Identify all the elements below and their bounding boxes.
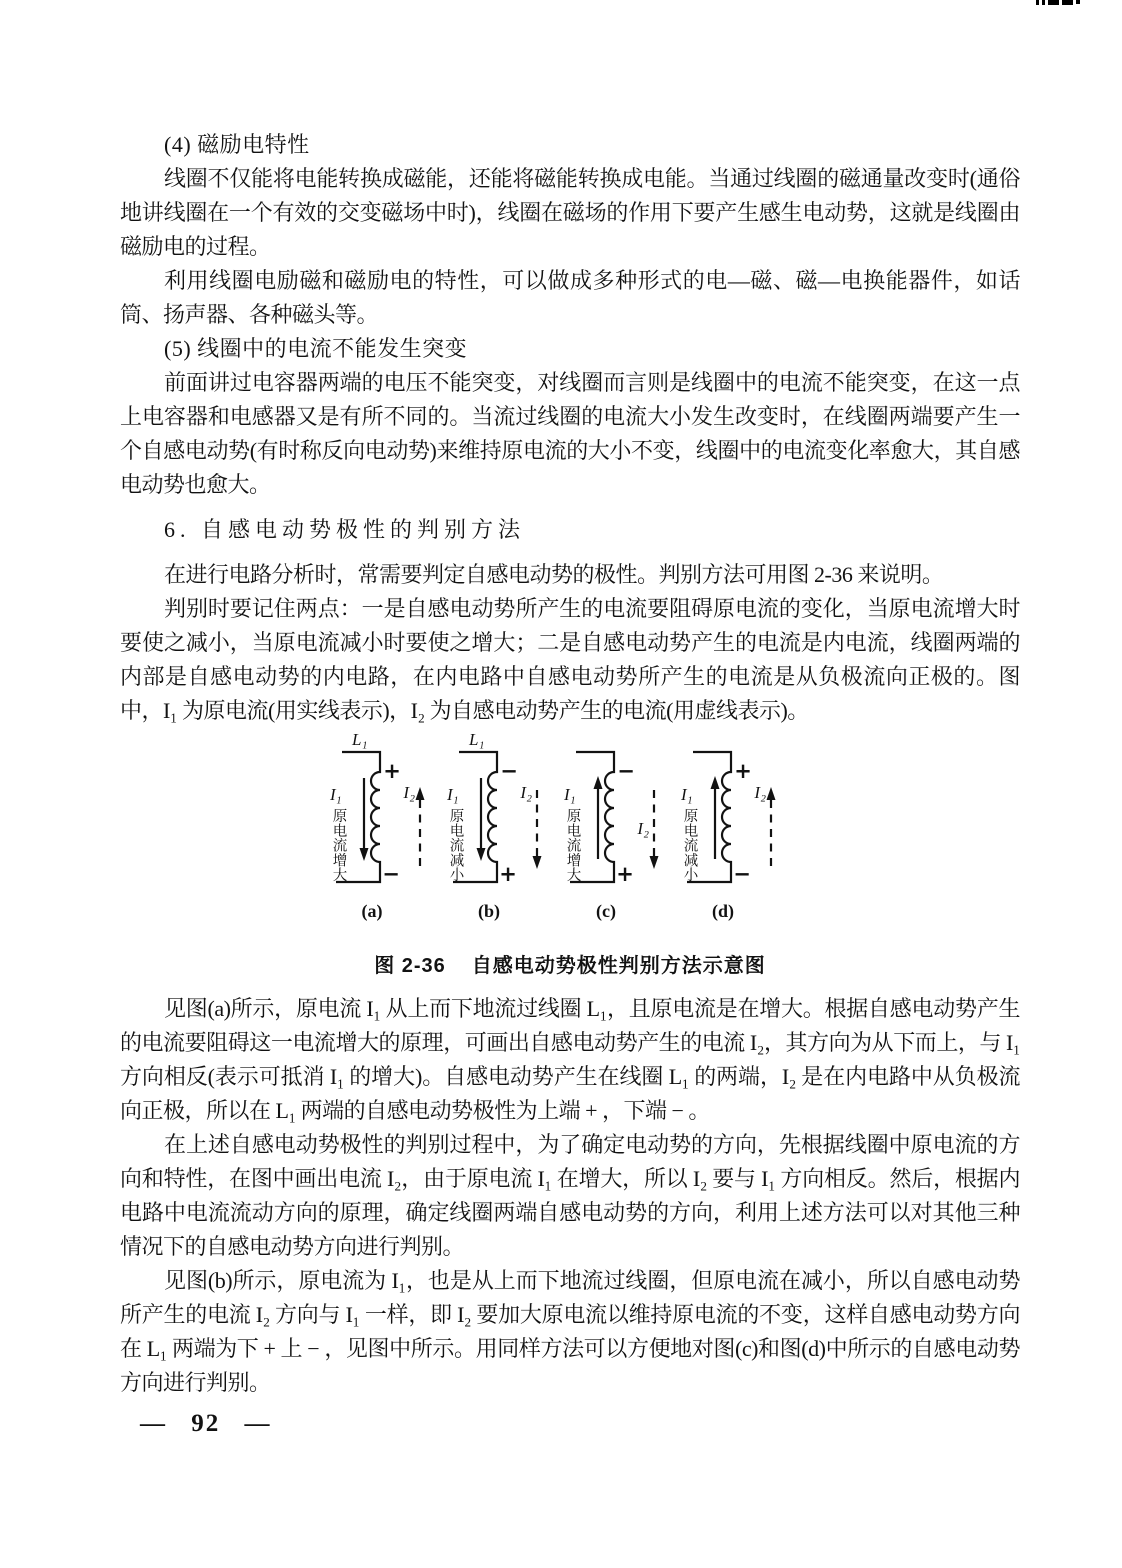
i1-caption-char: 原	[333, 808, 348, 825]
i1-caption-char: 原	[684, 808, 699, 825]
i1-caption-char: 流	[567, 838, 582, 855]
i1-label: I₁	[563, 785, 576, 804]
i2-label: I₂	[402, 783, 415, 802]
subfigure-label: (d)	[712, 901, 734, 922]
i1-caption-char: 大	[567, 867, 582, 884]
figure-caption: 图 2-36自感电动势极性判别方法示意图	[120, 949, 1020, 978]
polarity-top: −	[500, 759, 518, 783]
i1-caption-char: 流	[450, 838, 465, 855]
i1-caption-char: 原	[567, 808, 582, 825]
text-column: (4) 磁励电特性 线圈不仅能将电能转换成磁能，还能将磁能转换成电能。当通过线圈…	[120, 128, 1020, 1438]
subfigure-d: +−I₁原电流减小I₂(d)	[673, 730, 786, 925]
section-heading-6: 6. 自感电动势极性的判别方法	[120, 513, 1020, 547]
i1-caption-char: 增	[567, 852, 582, 869]
i2-label: I₂	[636, 819, 649, 838]
i1-caption-char: 电	[567, 822, 582, 840]
paragraph-current-no-sudden-change: 前面讲过电容器两端的电压不能突变，对线圈而言则是线圈中的电流不能突变，在这一点上…	[120, 366, 1020, 502]
i1-caption-char: 减	[684, 852, 699, 869]
i1-caption-char: 大	[333, 867, 348, 884]
subfigure-c: −+I₁原电流增大I₂(c)	[556, 730, 669, 925]
i1-caption-char: 小	[450, 867, 465, 884]
subfigure-label: (a)	[362, 901, 383, 922]
polarity-bottom: −	[733, 862, 751, 886]
paragraph-transducer-devices: 利用线圈电励磁和磁励电的特性，可以做成多种形式的电—磁、磁—电换能器件，如话筒、…	[120, 264, 1020, 332]
polarity-top: −	[617, 759, 635, 783]
figure-caption-text: 自感电动势极性判别方法示意图	[472, 955, 766, 977]
paragraph-magnetize-to-electric: 线圈不仅能将电能转换成磁能，还能将磁能转换成电能。当通过线圈的磁通量改变时(通俗…	[120, 162, 1020, 264]
i2-label: I₂	[519, 783, 532, 802]
i1-label: I₁	[329, 785, 342, 804]
coil-label: L₁	[351, 730, 367, 749]
paragraph-intro-figure: 在进行电路分析时，常需要判定自感电动势的极性。判别方法可用图 2-36 来说明。	[120, 558, 1020, 592]
i1-caption-char: 增	[333, 852, 348, 869]
i1-caption-char: 流	[333, 838, 348, 855]
subfigure-a: L₁+−I₁原电流增大I₂(a)	[322, 730, 435, 925]
subfigure-b: L₁−+I₁原电流减小I₂(b)	[439, 730, 552, 925]
i1-label: I₁	[446, 785, 459, 804]
subheading-5: (5) 线圈中的电流不能发生突变	[120, 332, 1020, 366]
subfigure-label: (c)	[596, 901, 616, 922]
scan-artifact	[1036, 0, 1080, 5]
page-number: — 92 —	[140, 1410, 1020, 1438]
i1-caption-char: 电	[333, 822, 348, 840]
i1-label: I₁	[680, 785, 693, 804]
paragraph-case-b: 见图(b)所示，原电流为 I₁，也是从上而下地流过线圈，但原电流在减小，所以自感…	[120, 1264, 1020, 1400]
subfigure-label: (b)	[478, 901, 500, 922]
paragraph-case-a: 见图(a)所示，原电流 I₁ 从上而下地流过线圈 L₁，且原电流是在增大。根据自…	[120, 992, 1020, 1128]
polarity-bottom: +	[616, 862, 634, 886]
paragraph-two-rules: 判别时要记住两点：一是自感电动势所产生的电流要阻碍原电流的变化，当原电流增大时要…	[120, 592, 1020, 728]
figure-2-36: L₁+−I₁原电流增大I₂(a)L₁−+I₁原电流减小I₂(b)−+I₁原电流增…	[322, 730, 792, 925]
polarity-top: +	[734, 759, 752, 783]
polarity-top: +	[383, 759, 401, 783]
book-page: (4) 磁励电特性 线圈不仅能将电能转换成磁能，还能将磁能转换成电能。当通过线圈…	[0, 0, 1122, 1568]
polarity-bottom: +	[499, 862, 517, 886]
i1-caption-char: 电	[450, 822, 465, 840]
paragraph-judgement-process: 在上述自感电动势极性的判别过程中，为了确定电动势的方向，先根据线圈中原电流的方向…	[120, 1128, 1020, 1264]
i1-caption-char: 小	[684, 867, 699, 884]
i1-caption-char: 减	[450, 852, 465, 869]
figure-caption-label: 图 2-36	[374, 955, 446, 977]
polarity-bottom: −	[382, 862, 400, 886]
subheading-4: (4) 磁励电特性	[120, 128, 1020, 162]
i1-caption-char: 电	[684, 822, 699, 840]
i2-label: I₂	[753, 783, 766, 802]
coil-label: L₁	[468, 730, 484, 749]
i1-caption-char: 流	[684, 838, 699, 855]
i1-caption-char: 原	[450, 808, 465, 825]
